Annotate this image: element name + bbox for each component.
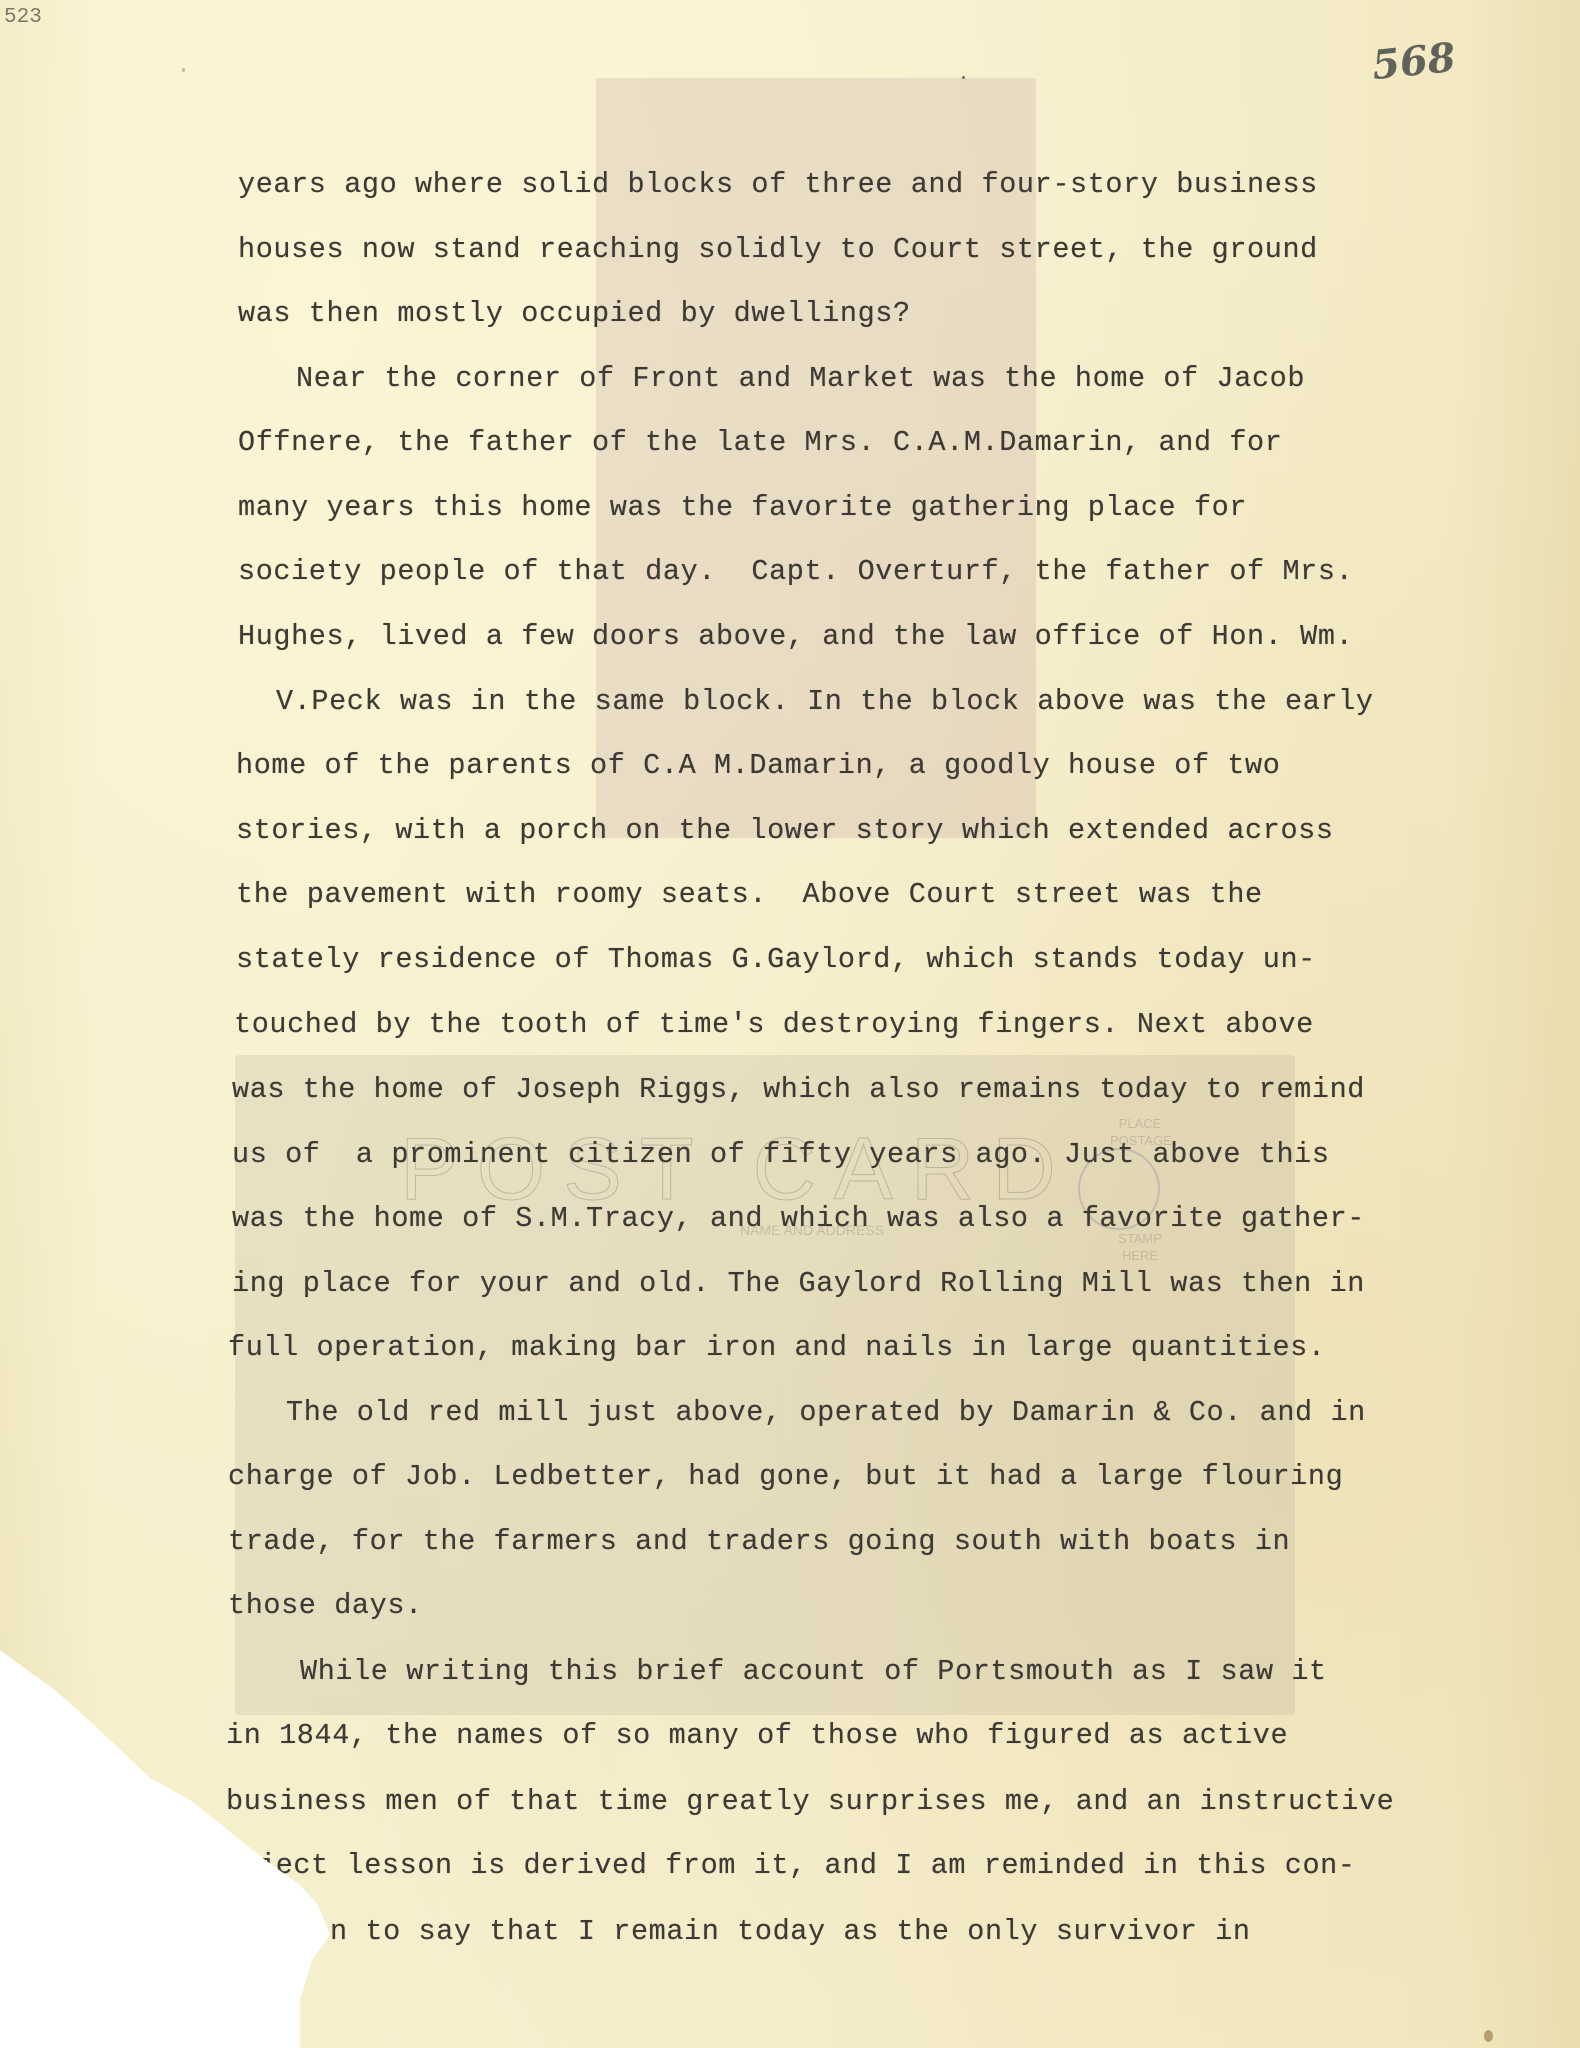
text-line: stories, with a porch on the lower story… [236, 814, 1334, 847]
text-line: Near the corner of Front and Market was … [296, 362, 1305, 395]
text-line: those days. [228, 1589, 423, 1622]
document-page: POST CARD PLACE POSTAGE STAMP HERE NAME … [0, 0, 1580, 2048]
text-line: was then mostly occupied by dwellings? [238, 297, 911, 330]
text-line: trade, for the farmers and traders going… [228, 1525, 1290, 1558]
text-line: charge of Job. Ledbetter, had gone, but … [228, 1460, 1343, 1493]
text-line: society people of that day. Capt. Overtu… [238, 555, 1353, 588]
text-line: Hughes, lived a few doors above, and the… [238, 620, 1353, 653]
text-line: While writing this brief account of Port… [300, 1655, 1327, 1688]
text-line: business men of that time greatly surpri… [226, 1785, 1394, 1818]
text-line: houses now stand reaching solidly to Cou… [238, 233, 1318, 266]
text-line: n to say that I remain today as the only… [330, 1915, 1251, 1948]
text-line: many years this home was the favorite ga… [238, 491, 1247, 524]
text-line: in 1844, the names of so many of those w… [226, 1719, 1288, 1752]
text-line: home of the parents of C.A M.Damarin, a … [236, 749, 1280, 782]
text-line: V.Peck was in the same block. In the blo… [276, 685, 1374, 718]
text-line: the pavement with roomy seats. Above Cou… [236, 878, 1263, 911]
text-line: ject lesson is derived from it, and I am… [258, 1849, 1356, 1882]
text-line: touched by the tooth of time's destroyin… [234, 1008, 1314, 1041]
text-line: full operation, making bar iron and nail… [228, 1331, 1326, 1364]
typewritten-body: years ago where solid blocks of three an… [0, 0, 1580, 2048]
text-line: ing place for your and old. The Gaylord … [232, 1267, 1365, 1300]
text-line: stately residence of Thomas G.Gaylord, w… [236, 943, 1316, 976]
text-line: was the home of S.M.Tracy, and which was… [232, 1202, 1365, 1235]
text-line: The old red mill just above, operated by… [286, 1396, 1366, 1429]
text-line: Offnere, the father of the late Mrs. C.A… [238, 426, 1282, 459]
text-line: years ago where solid blocks of three an… [238, 168, 1318, 201]
text-line: was the home of Joseph Riggs, which also… [232, 1073, 1365, 1106]
text-line: us of a prominent citizen of fifty years… [232, 1138, 1330, 1171]
